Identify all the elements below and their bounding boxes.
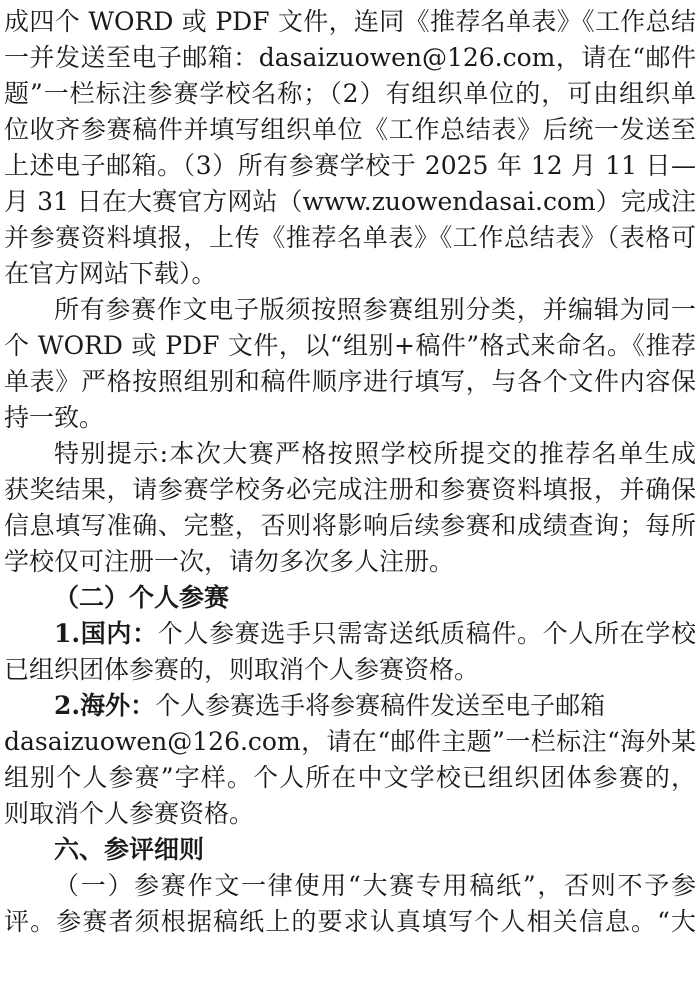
text-line: 月 31 日在大赛官方网站（www.zuowendasai.com）完成注册， [4, 184, 696, 220]
bold-run: 1.国内： [54, 619, 158, 648]
text-line: 单表》严格按照组别和稿件顺序进行填写，与各个文件内容保 [4, 364, 696, 400]
text-line: 并参赛资料填报，上传《推荐名单表》《工作总结表》（表格可 [4, 220, 696, 256]
text-run: 题”一栏标注参赛学校名称；（2）有组织单位的，可由组织单 [4, 79, 696, 108]
text-run: 则取消个人参赛资格。 [4, 799, 254, 828]
text-line: dasaizuowen@126.com，请在“邮件主题”一栏标注“海外某 [4, 724, 696, 760]
text-line: 获奖结果，请参赛学校务必完成注册和参赛资料填报，并确保 [4, 472, 696, 508]
text-line: 成四个 WORD 或 PDF 文件，连同《推荐名单表》《工作总结表》 [4, 4, 696, 40]
text-run: 在官方网站下载）。 [4, 259, 217, 288]
text-run: 一并发送至电子邮箱：dasaizuowen@126.com，请在“邮件主 [4, 43, 696, 76]
text-line: 2.海外：个人参赛选手将参赛稿件发送至电子邮箱 [4, 688, 696, 724]
text-line: （二）个人参赛 [4, 580, 696, 616]
text-line: 题”一栏标注参赛学校名称；（2）有组织单位的，可由组织单 [4, 76, 696, 112]
bold-run: （二）个人参赛 [54, 583, 229, 612]
text-run: 并参赛资料填报，上传《推荐名单表》《工作总结表》（表格可 [4, 223, 696, 252]
text-line: 组别个人参赛”字样。个人所在中文学校已组织团体参赛的， [4, 760, 696, 796]
text-line: 已组织团体参赛的，则取消个人参赛资格。 [4, 652, 696, 688]
text-line: 在官方网站下载）。 [4, 256, 696, 292]
bold-run: 六、参评细则 [54, 835, 204, 864]
text-run: 所有参赛作文电子版须按照参赛组别分类，并编辑为同一 [54, 295, 696, 324]
text-line: 1.国内：个人参赛选手只需寄送纸质稿件。个人所在学校 [4, 616, 696, 652]
text-run: 特别提示:本次大赛严格按照学校所提交的推荐名单生成 [54, 439, 696, 468]
text-line: 信息填写准确、完整，否则将影响后续参赛和成绩查询；每所 [4, 508, 696, 544]
text-run: （一）参赛作文一律使用“大赛专用稿纸”，否则不予参 [54, 871, 696, 900]
text-run: 已组织团体参赛的，则取消个人参赛资格。 [4, 655, 479, 684]
text-line: 特别提示:本次大赛严格按照学校所提交的推荐名单生成 [4, 436, 696, 472]
document-body: 成四个 WORD 或 PDF 文件，连同《推荐名单表》《工作总结表》一并发送至电… [4, 4, 696, 940]
text-line: 位收齐参赛稿件并填写组织单位《工作总结表》后统一发送至 [4, 112, 696, 148]
text-line: 则取消个人参赛资格。 [4, 796, 696, 832]
text-run: 上述电子邮箱。（3）所有参赛学校于 2025 年 12 月 11 日—12 [4, 151, 696, 184]
text-line: 个 WORD 或 PDF 文件，以“组别+稿件”格式来命名。《推荐名 [4, 328, 696, 364]
text-run: dasaizuowen@126.com，请在“邮件主题”一栏标注“海外某 [4, 727, 696, 756]
text-run: 学校仅可注册一次，请勿多次多人注册。 [4, 547, 454, 576]
text-line: （一）参赛作文一律使用“大赛专用稿纸”，否则不予参 [4, 868, 696, 904]
text-line: 评。参赛者须根据稿纸上的要求认真填写个人相关信息。“大 [4, 904, 696, 940]
text-line: 六、参评细则 [4, 832, 696, 868]
text-run: 持一致。 [4, 403, 104, 432]
text-line: 学校仅可注册一次，请勿多次多人注册。 [4, 544, 696, 580]
text-run: 月 31 日在大赛官方网站（www.zuowendasai.com）完成注册， [4, 187, 696, 220]
text-run: 个 WORD 或 PDF 文件，以“组别+稿件”格式来命名。《推荐名 [4, 331, 696, 364]
text-run: 单表》严格按照组别和稿件顺序进行填写，与各个文件内容保 [4, 367, 696, 396]
text-run: 组别个人参赛”字样。个人所在中文学校已组织团体参赛的， [4, 763, 696, 792]
text-line: 上述电子邮箱。（3）所有参赛学校于 2025 年 12 月 11 日—12 [4, 148, 696, 184]
text-run: 信息填写准确、完整，否则将影响后续参赛和成绩查询；每所 [4, 511, 696, 540]
text-run: 成四个 WORD 或 PDF 文件，连同《推荐名单表》《工作总结表》 [4, 7, 696, 40]
bold-run: 2.海外： [54, 691, 155, 720]
text-run: 个人参赛选手只需寄送纸质稿件。个人所在学校 [158, 619, 696, 648]
text-run: 获奖结果，请参赛学校务必完成注册和参赛资料填报，并确保 [4, 475, 696, 504]
document-page: 成四个 WORD 或 PDF 文件，连同《推荐名单表》《工作总结表》一并发送至电… [0, 0, 700, 998]
text-line: 持一致。 [4, 400, 696, 436]
text-line: 一并发送至电子邮箱：dasaizuowen@126.com，请在“邮件主 [4, 40, 696, 76]
text-line: 所有参赛作文电子版须按照参赛组别分类，并编辑为同一 [4, 292, 696, 328]
text-run: 位收齐参赛稿件并填写组织单位《工作总结表》后统一发送至 [4, 115, 696, 144]
text-run: 评。参赛者须根据稿纸上的要求认真填写个人相关信息。“大 [4, 907, 696, 936]
text-run: 个人参赛选手将参赛稿件发送至电子邮箱 [155, 691, 605, 720]
